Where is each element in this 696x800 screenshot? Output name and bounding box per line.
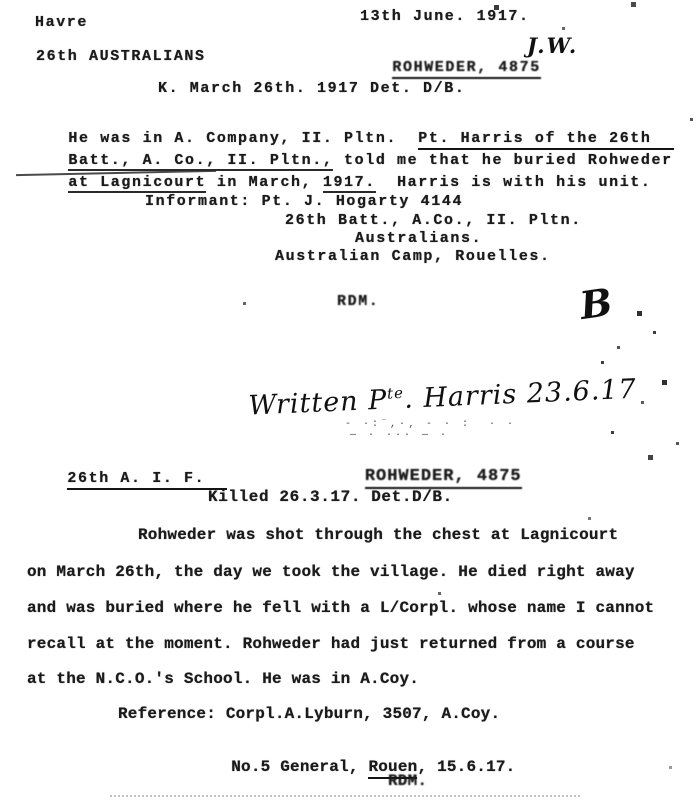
- unit-line: 26th AUSTRALIANS: [36, 48, 206, 65]
- ink-specks: [0, 0, 3, 3]
- para2-line-3: and was buried where he fell with a L/Co…: [27, 599, 654, 617]
- location-line: Havre: [35, 14, 88, 31]
- scan-edge-noise: [110, 795, 580, 797]
- hospital-line: No.5 General, Rouen, 15.6.17.: [192, 740, 515, 794]
- typewriter-smear-row2: — · ··· — ·: [350, 431, 449, 440]
- para2-line-5: at the N.C.O.'s School. He was in A.Coy.: [27, 670, 419, 688]
- informant-line-3: Australians.: [355, 230, 482, 247]
- casualty-line: K. March 26th. 1917 Det. D/B.: [158, 80, 465, 97]
- subject-name-2: ROHWEDER, 4875: [365, 467, 522, 489]
- statement-line-3-underlined-b: 1917.: [323, 174, 376, 193]
- initials-top: RDM.: [337, 293, 379, 310]
- initials-bottom: RDM.: [388, 772, 427, 790]
- informant-line-2: 26th Batt., A.Co., II. Pltn.: [285, 212, 582, 229]
- informant-line-1: Informant: Pt. J. Hogarty 4144: [145, 193, 463, 210]
- handwritten-note-part2: . Harris 23.6.17: [403, 374, 637, 415]
- subject-name: ROHWEDER, 4875: [392, 59, 540, 79]
- hospital-post: , 15.6.17.: [417, 758, 515, 776]
- date-line: 13th June. 1917.: [360, 8, 530, 25]
- handwritten-note-part1: Written P: [248, 385, 388, 422]
- statement-line-3-plain-a: in March,: [206, 174, 323, 191]
- annotation-b: B: [577, 279, 615, 328]
- killed-line: Killed 26.3.17. Det.D/B.: [208, 488, 453, 506]
- typewriter-smear-row1: - ·:¨,·‚ - · : · ·: [345, 420, 516, 429]
- handwritten-note-sup: te: [387, 384, 405, 403]
- unit-name-2: 26th A. I. F.: [67, 470, 227, 490]
- informant-line-4: Australian Camp, Rouelles.: [275, 248, 551, 265]
- hospital-pre: No.5 General,: [231, 758, 368, 776]
- unit-line-2: 26th A. I. F.: [25, 453, 227, 504]
- para2-line-1: Rohweder was shot through the chest at L…: [138, 526, 618, 544]
- para2-line-2: on March 26th, the day we took the villa…: [27, 563, 635, 581]
- statement-line-3-underlined-a: at Lagnicourt: [68, 174, 206, 193]
- document-page: Havre 13th June. 1917. 26th AUSTRALIANS …: [0, 0, 696, 800]
- annotation-jw: J.W.: [527, 33, 578, 58]
- statement-line-3-plain-b: Harris is with his unit.: [376, 174, 652, 191]
- reference-line: Reference: Corpl.A.Lyburn, 3507, A.Coy.: [118, 705, 500, 723]
- para2-line-4: recall at the moment. Rohweder had just …: [27, 635, 635, 653]
